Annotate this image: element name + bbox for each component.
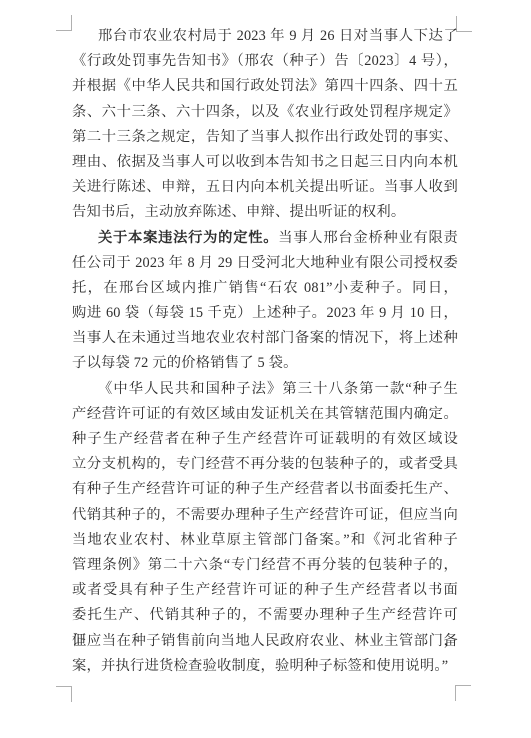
text-run: 《行政处罚事先告知书》（邢农（种子）告〔2023〕4 号）， <box>72 53 458 69</box>
text-line: 当事人在未通过当地农业农村部门备案的情况下，将上述种 <box>72 326 458 351</box>
text-line: 并根据《中华人民共和国行政处罚法》第四十四条、四十五 <box>72 74 458 99</box>
text-line: 托，在邢台区域内推广销售“石农 081”小麦种子。同日， <box>72 276 458 301</box>
text-line: 但应当在种子销售前向当地人民政府农业、林业主管部门备 <box>72 629 458 654</box>
margin-crop-mark-top-right <box>456 16 472 32</box>
text-run: 有种子生产经营许可证的种子生产经营者以书面委托生产、 <box>72 481 458 497</box>
text-run: 管理条例》第二十六条“专门经营不再分装的包装种子的， <box>72 557 458 573</box>
text-line: 委托生产、代销其种子的，不需要办理种子生产经营许可证， <box>72 603 458 628</box>
text-line: 管理条例》第二十六条“专门经营不再分装的包装种子的， <box>72 553 458 578</box>
text-run: 并根据《中华人民共和国行政处罚法》第四十四条、四十五 <box>72 78 458 94</box>
text-line: 子以每袋 72 元的价格销售了 5 袋。 <box>72 351 458 376</box>
section-heading: 关于本案违法行为的定性。 <box>98 230 278 246</box>
text-line: 产经营许可证的有效区域由发证机关在其管辖范围内确定。 <box>72 402 458 427</box>
text-line: 任公司于 2023 年 8 月 29 日受河北大地种业有限公司授权委 <box>72 251 458 276</box>
text-run: 当事人在未通过当地农业农村部门备案的情况下，将上述种 <box>72 330 458 346</box>
text-line: 邢台市农业农村局于 2023 年 9 月 26 日对当事人下达了 <box>72 24 458 49</box>
text-run: 关进行陈述、申辩，五日内向本机关提出听证。当事人收到 <box>72 179 458 195</box>
text-line: 告知书后，主动放弃陈述、申辩、提出听证的权利。 <box>72 200 458 225</box>
text-line: 《行政处罚事先告知书》（邢农（种子）告〔2023〕4 号）， <box>72 49 458 74</box>
text-run: 但应当在种子销售前向当地人民政府农业、林业主管部门备 <box>72 633 458 649</box>
document-page: 邢台市农业农村局于 2023 年 9 月 26 日对当事人下达了《行政处罚事先告… <box>0 0 531 738</box>
text-line: 第二十三条之规定，告知了当事人拟作出行政处罚的事实、 <box>72 125 458 150</box>
text-run: 条、六十三条、六十四条，以及《农业行政处罚程序规定》 <box>72 104 458 120</box>
text-run: 当地农业农村、林业草原主管部门备案。”和《河北省种子 <box>72 532 458 548</box>
text-run: 托，在邢台区域内推广销售“石农 081”小麦种子。同日， <box>72 280 458 296</box>
text-line: 《中华人民共和国种子法》第三十八条第一款“种子生 <box>72 377 458 402</box>
text-line: 或者受具有种子生产经营许可证的种子生产经营者以书面 <box>72 578 458 603</box>
text-line: 关进行陈述、申辩，五日内向本机关提出听证。当事人收到 <box>72 175 458 200</box>
document-body: 邢台市农业农村局于 2023 年 9 月 26 日对当事人下达了《行政处罚事先告… <box>72 24 458 679</box>
text-line: 理由、依据及当事人可以收到本告知书之日起三日内向本机 <box>72 150 458 175</box>
text-line: 关于本案违法行为的定性。当事人邢台金桥种业有限责 <box>72 226 458 251</box>
text-run: 种子生产经营者在种子生产经营许可证载明的有效区域设 <box>72 431 458 447</box>
text-run: 代销其种子的，不需要办理种子生产经营许可证，但应当向 <box>72 507 458 523</box>
text-run: 邢台市农业农村局于 2023 年 9 月 26 日对当事人下达了 <box>98 28 458 44</box>
margin-crop-mark-bottom-right <box>455 685 471 701</box>
text-line: 当地农业农村、林业草原主管部门备案。”和《河北省种子 <box>72 528 458 553</box>
text-run: 理由、依据及当事人可以收到本告知书之日起三日内向本机 <box>72 154 458 170</box>
text-run: 子以每袋 72 元的价格销售了 5 袋。 <box>72 355 298 371</box>
text-run: 购进 60 袋（每袋 15 千克）上述种子。2023 年 9 月 10 日， <box>72 305 458 321</box>
text-run: 案，并执行进货检查验收制度，验明种子标签和使用说明。” <box>72 658 448 674</box>
text-run: 任公司于 2023 年 8 月 29 日受河北大地种业有限公司授权委 <box>72 255 458 271</box>
text-run: 当事人邢台金桥种业有限责 <box>278 230 458 246</box>
text-run: 《中华人民共和国种子法》第三十八条第一款“种子生 <box>98 381 458 397</box>
text-line: 种子生产经营者在种子生产经营许可证载明的有效区域设 <box>72 427 458 452</box>
text-line: 代销其种子的，不需要办理种子生产经营许可证，但应当向 <box>72 503 458 528</box>
text-line: 立分支机构的，专门经营不再分装的包装种子的，或者受具 <box>72 452 458 477</box>
text-run: 第二十三条之规定，告知了当事人拟作出行政处罚的事实、 <box>72 129 458 145</box>
text-run: 产经营许可证的有效区域由发证机关在其管辖范围内确定。 <box>72 406 458 422</box>
text-line: 案，并执行进货检查验收制度，验明种子标签和使用说明。” <box>72 654 458 679</box>
text-run: 告知书后，主动放弃陈述、申辩、提出听证的权利。 <box>72 204 405 220</box>
margin-crop-mark-top-left <box>56 15 72 31</box>
text-line: 购进 60 袋（每袋 15 千克）上述种子。2023 年 9 月 10 日， <box>72 301 458 326</box>
text-run: 或者受具有种子生产经营许可证的种子生产经营者以书面 <box>72 582 458 598</box>
margin-crop-mark-bottom-left <box>56 686 72 702</box>
text-line: 有种子生产经营许可证的种子生产经营者以书面委托生产、 <box>72 477 458 502</box>
text-run: 立分支机构的，专门经营不再分装的包装种子的，或者受具 <box>72 456 458 472</box>
text-line: 条、六十三条、六十四条，以及《农业行政处罚程序规定》 <box>72 100 458 125</box>
